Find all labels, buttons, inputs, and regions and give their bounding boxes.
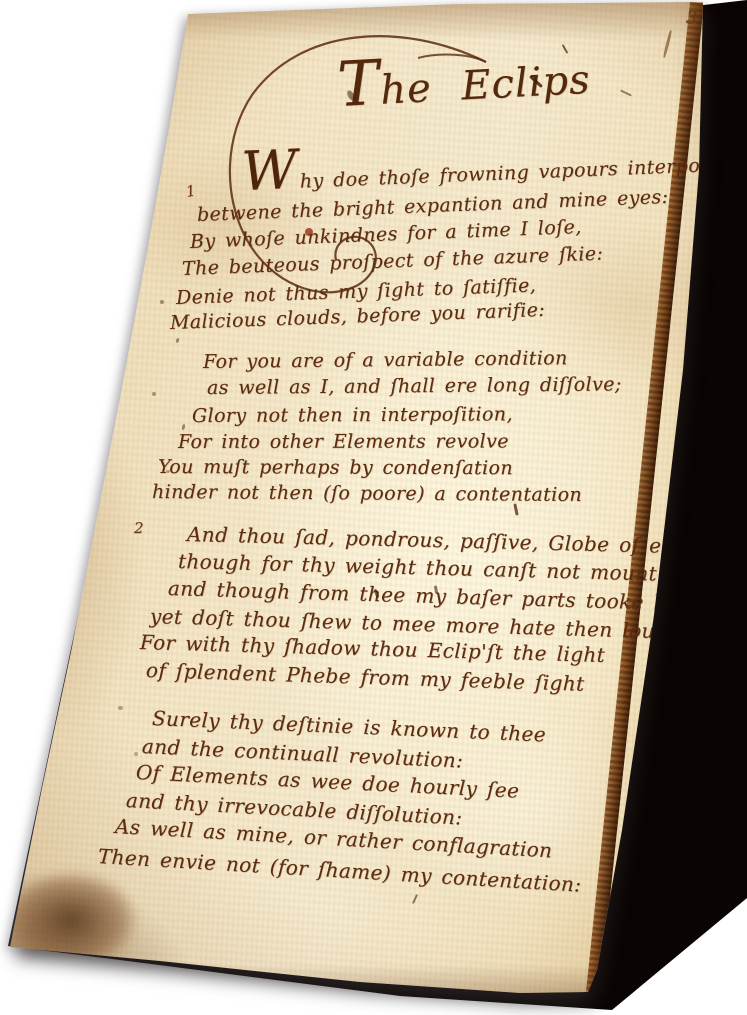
poem-line: Glory not then in interpoſition, xyxy=(192,404,513,426)
page-wrapper: 3 The Eclips 1 2 Why doe thoſe frowning … xyxy=(0,0,747,1015)
ink-stain xyxy=(160,300,164,304)
poem-line: hinder not then (ſo poore) a contentatio… xyxy=(152,482,582,505)
ink-stain xyxy=(166,470,170,473)
manuscript-photo: { "manuscript": { "page_number": "3", "t… xyxy=(0,0,747,1015)
page-number: 3 xyxy=(685,8,697,29)
manuscript-page: 3 The Eclips 1 2 Why doe thoſe frowning … xyxy=(0,0,747,1015)
poem-title: The Eclips xyxy=(337,65,591,108)
poem-line: You muſt perhaps by condenſation xyxy=(158,457,513,478)
poem-line: as well as I, and ſhall ere long diſſolv… xyxy=(207,374,622,398)
ink-stain xyxy=(305,228,313,236)
stanza-number: 2 xyxy=(134,518,144,538)
ink-stain xyxy=(118,706,123,710)
poem-line: For you are of a variable condition xyxy=(203,348,568,372)
ink-stain xyxy=(152,392,156,396)
poem-line: For into other Elements revolve xyxy=(178,431,509,452)
ink-stain xyxy=(134,752,138,756)
